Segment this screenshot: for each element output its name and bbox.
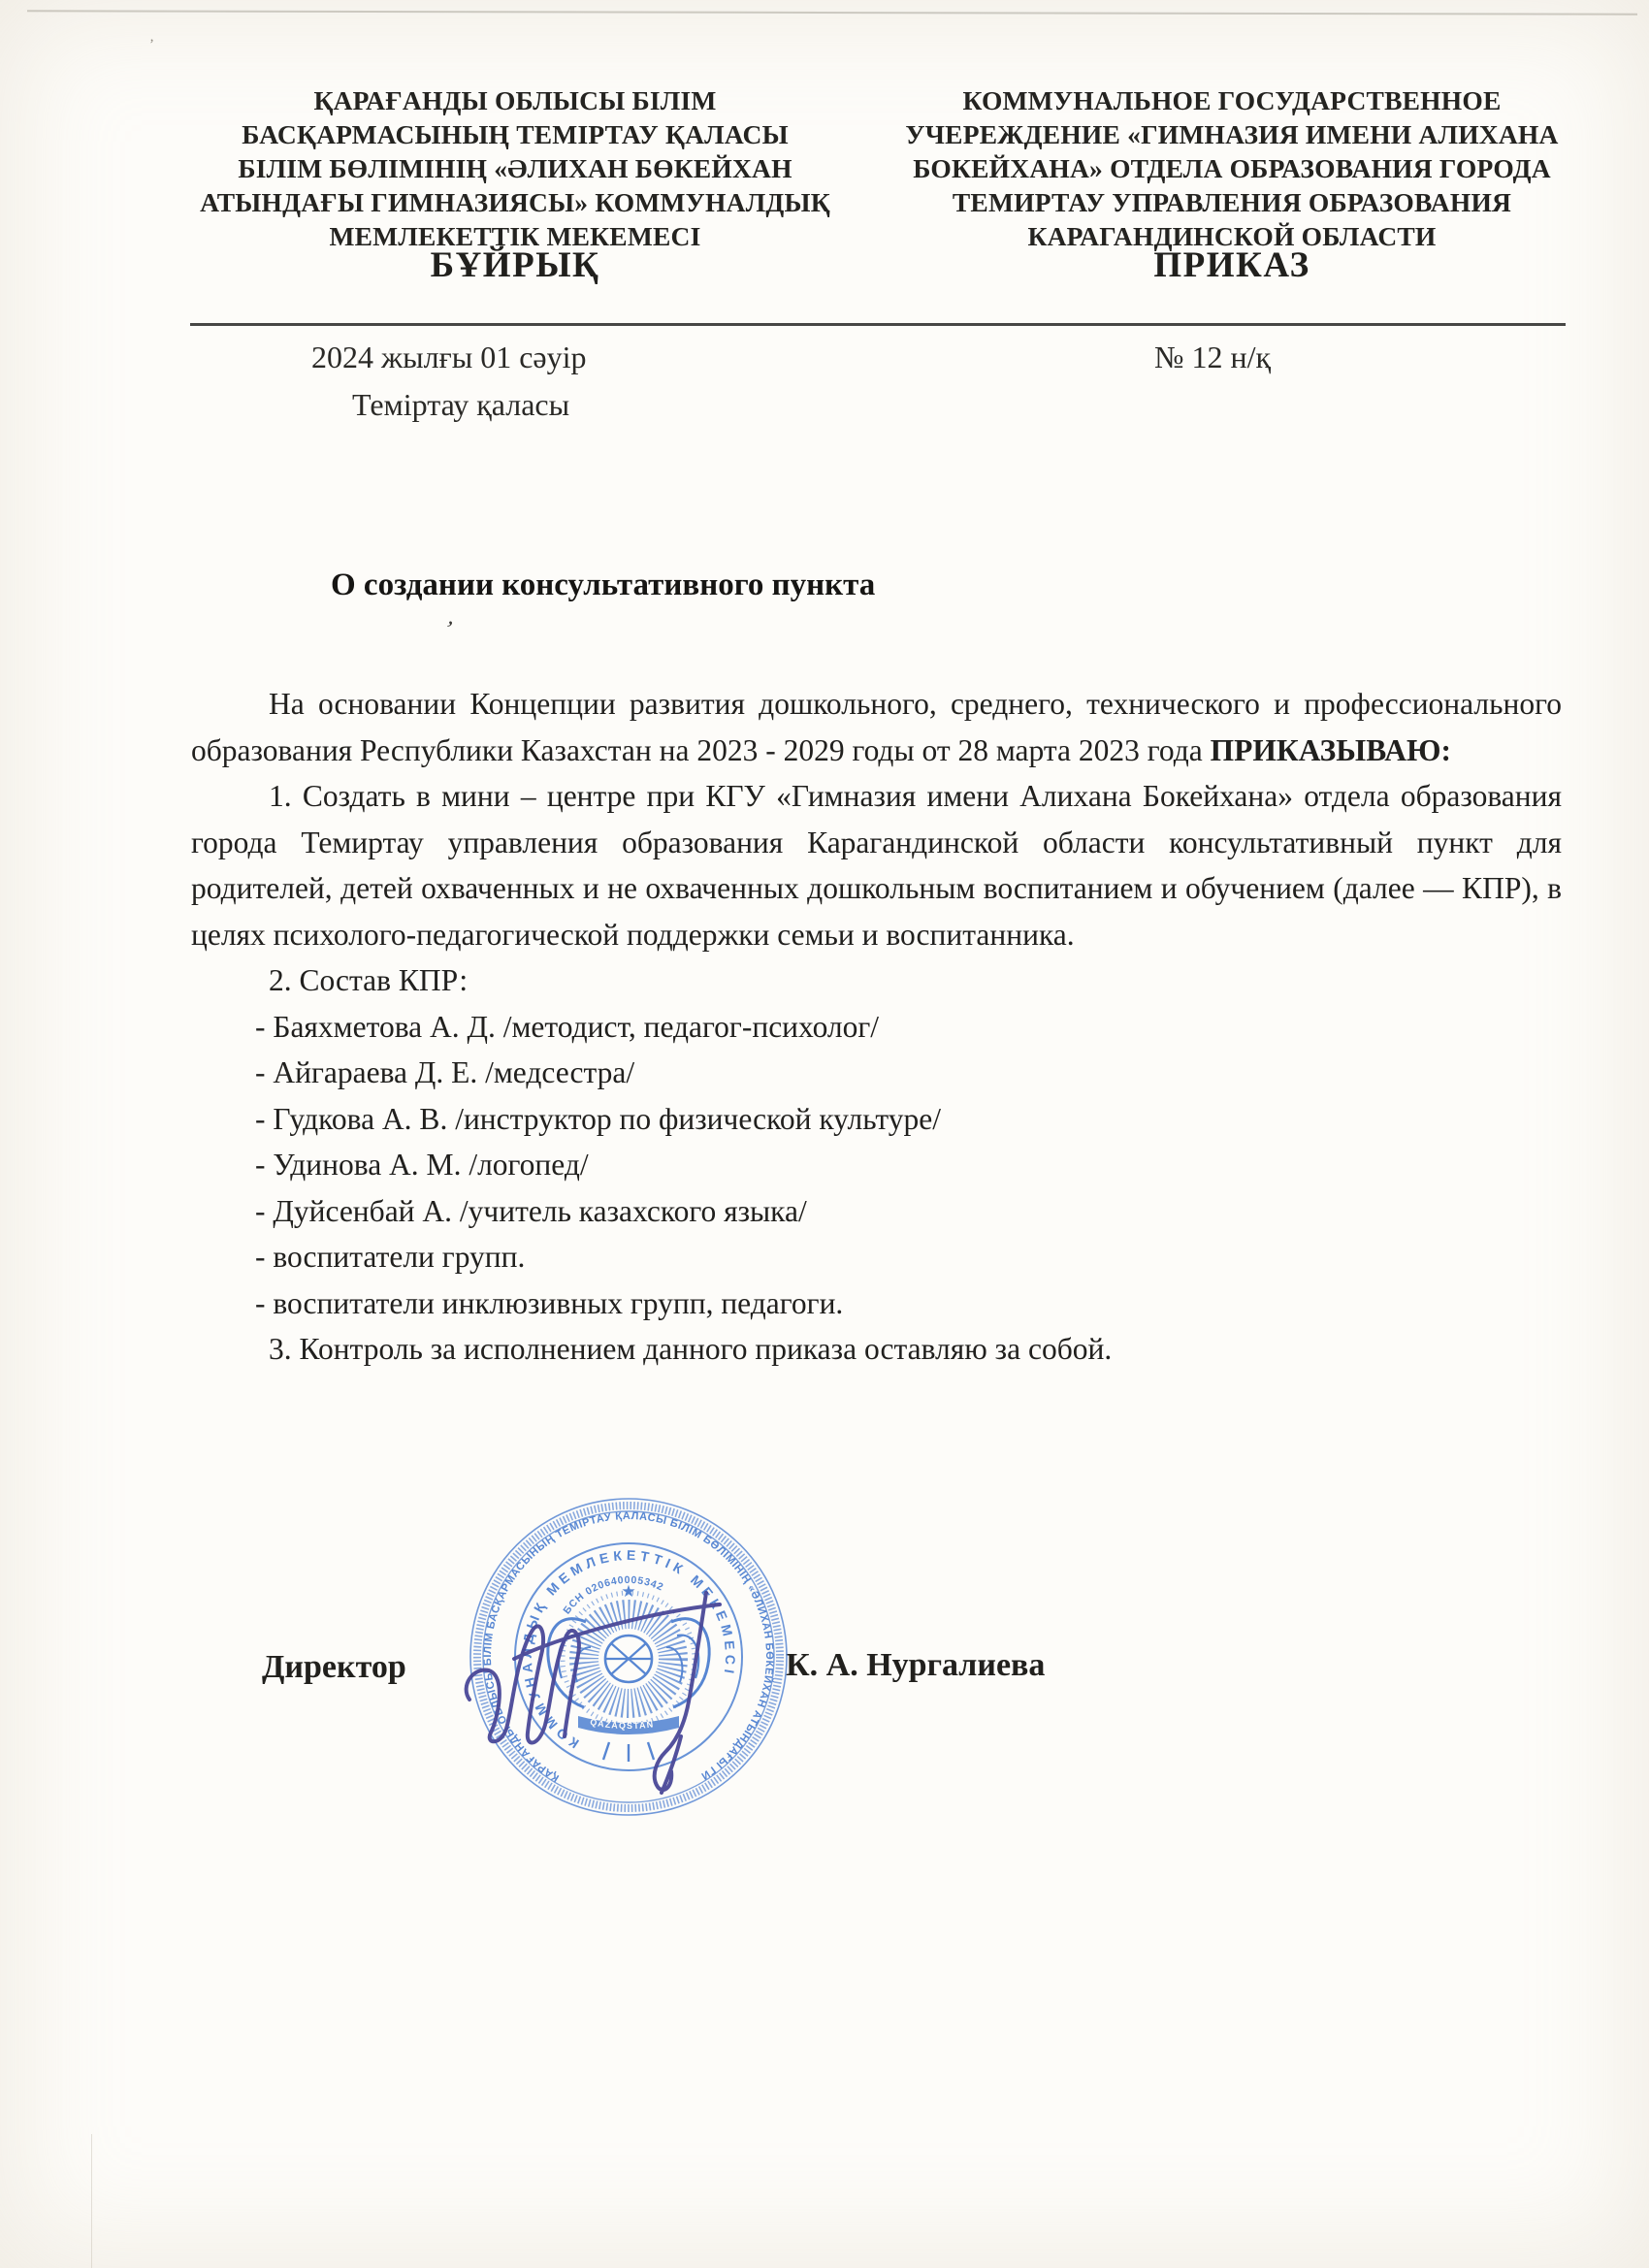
director-signature (456, 1542, 776, 1824)
paragraph-preamble: На основании Концепции развития дошкольн… (191, 681, 1562, 773)
signature-name: К. А. Нургалиева (786, 1647, 1045, 1684)
scanned-order-document: ’ ‚ ҚАРАҒАНДЫ ОБЛЫСЫ БІЛІМ БАСҚАРМАСЫНЫҢ… (0, 0, 1649, 2268)
doc-city: Теміртау қаласы (352, 387, 569, 423)
scan-edge-artifact (91, 2134, 92, 2268)
doc-title: О создании консультативного пункта (331, 567, 875, 603)
list-item: - Айгараева Д. Е. /медсестра/ (191, 1050, 1562, 1096)
doc-body: На основании Концепции развития дошкольн… (191, 681, 1562, 1373)
list-item: - воспитатели групп. (191, 1234, 1562, 1280)
scan-edge-artifact (27, 10, 1637, 15)
list-item: 2. Состав КПР: (191, 957, 1562, 1004)
ink-mark: ‚ (149, 29, 154, 46)
horizontal-rule (190, 323, 1566, 326)
doc-type-kazakh: БҰЙРЫҚ (199, 244, 831, 286)
list-item: - Удинова А. М. /логопед/ (191, 1142, 1562, 1188)
ink-mark: ’ (440, 616, 456, 643)
org-name-kazakh: ҚАРАҒАНДЫ ОБЛЫСЫ БІЛІМ БАСҚАРМАСЫНЫҢ ТЕМ… (199, 83, 831, 253)
list-item: - Баяхметова А. Д. /методист, педагог-пс… (191, 1004, 1562, 1051)
list-item: 3. Контроль за исполнением данного прика… (191, 1326, 1562, 1373)
list-item: - Дуйсенбай А. /учитель казахского языка… (191, 1188, 1562, 1235)
list-item: - Гудкова А. В. /инструктор по физическо… (191, 1096, 1562, 1143)
doc-type-russian: ПРИКАЗ (881, 244, 1583, 286)
preamble-order-word: ПРИКАЗЫВАЮ: (1211, 733, 1451, 767)
list-item: - воспитатели инклюзивных групп, педагог… (191, 1280, 1562, 1327)
doc-date: 2024 жылғы 01 сәуір (311, 340, 587, 375)
paragraph-item-1: 1. Создать в мини – центре при КГУ «Гимн… (191, 773, 1562, 957)
doc-number: № 12 н/қ (1154, 340, 1271, 375)
signature-role-label: Директор (262, 1649, 406, 1686)
org-name-russian: КОММУНАЛЬНОЕ ГОСУДАРСТВЕННОЕ УЧЕРЕЖДЕНИЕ… (881, 83, 1583, 253)
